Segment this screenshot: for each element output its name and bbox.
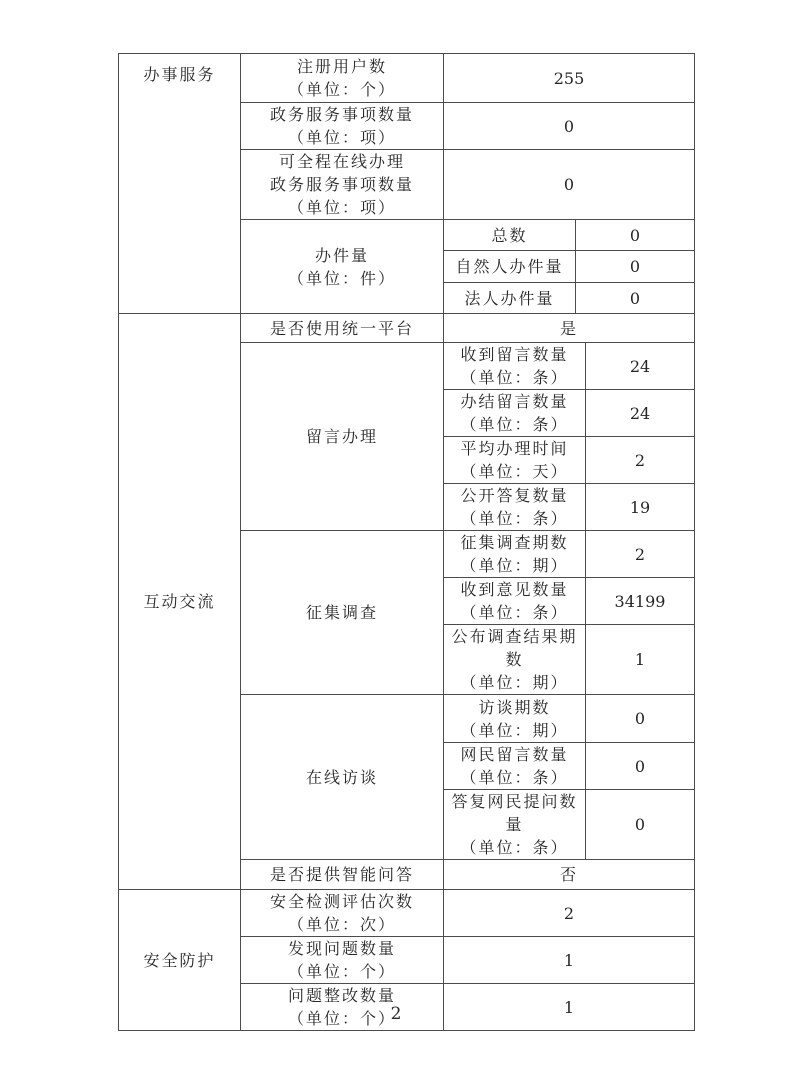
- metric-label-cell: 可全程在线办理 政务服务事项数量 （单位：项）: [241, 150, 444, 220]
- submetric-label: 公开答复数量: [446, 484, 583, 507]
- submetric-label: 办结留言数量: [446, 390, 583, 413]
- submetric-value: 24: [586, 343, 695, 390]
- metric-value: 否: [444, 860, 695, 890]
- subgroup-label: 办件量: [243, 244, 441, 267]
- submetric-value: 0: [586, 790, 695, 860]
- submetric-label-cell: 访谈期数 （单位：期）: [444, 695, 586, 743]
- submetric-label: 网民留言数量: [446, 743, 583, 766]
- subgroup-label-zhengjidiaocha: 征集调查: [241, 531, 444, 695]
- submetric-label-cell: 公开答复数量 （单位：条）: [444, 484, 586, 531]
- metric-unit: （单位：次）: [243, 913, 441, 936]
- metric-label: 发现问题数量: [243, 937, 441, 960]
- metric-value: 2: [444, 890, 695, 937]
- submetric-unit: （单位：期）: [446, 671, 583, 694]
- submetric-label-cell: 征集调查期数 （单位：期）: [444, 531, 586, 578]
- subgroup-unit: （单位：件）: [243, 267, 441, 290]
- submetric-label: 总数: [444, 220, 576, 251]
- metric-label: 可全程在线办理: [243, 150, 441, 173]
- submetric-value: 2: [586, 437, 695, 484]
- subgroup-label-liuyanbanli: 留言办理: [241, 343, 444, 531]
- category-cell-banshifuwu: 办事服务: [119, 54, 241, 314]
- submetric-unit: （单位：条）: [446, 601, 583, 624]
- submetric-label: 自然人办件量: [444, 251, 576, 283]
- submetric-label: 访谈期数: [446, 696, 583, 719]
- metric-value: 0: [444, 103, 695, 150]
- metric-label: 政务服务事项数量: [243, 103, 441, 126]
- metric-unit: （单位：项）: [243, 196, 441, 219]
- submetric-label-cell: 收到意见数量 （单位：条）: [444, 578, 586, 625]
- report-table: 办事服务 注册用户数 （单位：个） 255 政务服务事项数量 （单位：项） 0 …: [118, 53, 695, 1031]
- metric-label: 安全检测评估次数: [243, 890, 441, 913]
- submetric-unit: （单位：条）: [446, 766, 583, 789]
- submetric-unit: （单位：期）: [446, 719, 583, 742]
- submetric-label: 平均办理时间: [446, 437, 583, 460]
- metric-label-cell: 注册用户数 （单位：个）: [241, 54, 444, 103]
- submetric-value: 2: [586, 531, 695, 578]
- metric-value: 0: [444, 150, 695, 220]
- submetric-value: 0: [576, 220, 695, 251]
- metric-label-cell: 发现问题数量 （单位：个）: [241, 937, 444, 984]
- submetric-value: 24: [586, 390, 695, 437]
- category-cell-hudongjiaoliu: 互动交流: [119, 314, 241, 890]
- subgroup-label-cell: 办件量 （单位：件）: [241, 220, 444, 314]
- metric-label: 是否使用统一平台: [241, 314, 444, 343]
- submetric-value: 0: [576, 283, 695, 314]
- submetric-label-cell: 平均办理时间 （单位：天）: [444, 437, 586, 484]
- submetric-label: 法人办件量: [444, 283, 576, 314]
- submetric-label-cell: 网民留言数量 （单位：条）: [444, 743, 586, 790]
- submetric-unit: （单位：天）: [446, 460, 583, 483]
- submetric-unit: （单位：条）: [446, 366, 583, 389]
- submetric-value: 0: [586, 743, 695, 790]
- submetric-value: 1: [586, 625, 695, 695]
- submetric-label: 答复网民提问数量: [446, 790, 583, 836]
- submetric-unit: （单位：条）: [446, 413, 583, 436]
- submetric-label-cell: 办结留言数量 （单位：条）: [444, 390, 586, 437]
- submetric-label: 收到留言数量: [446, 343, 583, 366]
- submetric-unit: （单位：条）: [446, 836, 583, 859]
- submetric-label: 收到意见数量: [446, 578, 583, 601]
- submetric-label-cell: 答复网民提问数量 （单位：条）: [444, 790, 586, 860]
- metric-value: 1: [444, 937, 695, 984]
- metric-label-cell: 政务服务事项数量 （单位：项）: [241, 103, 444, 150]
- metric-label: 是否提供智能问答: [241, 860, 444, 890]
- metric-unit: （单位：个）: [243, 78, 441, 101]
- metric-label: 注册用户数: [243, 55, 441, 78]
- metric-value: 是: [444, 314, 695, 343]
- submetric-label: 征集调查期数: [446, 531, 583, 554]
- submetric-unit: （单位：期）: [446, 554, 583, 577]
- submetric-unit: （单位：条）: [446, 507, 583, 530]
- page-number: 2: [0, 1004, 792, 1024]
- submetric-value: 0: [586, 695, 695, 743]
- metric-label-line2: 政务服务事项数量: [243, 173, 441, 196]
- metric-label-cell: 安全检测评估次数 （单位：次）: [241, 890, 444, 937]
- metric-value: 255: [444, 54, 695, 103]
- submetric-label-cell: 收到留言数量 （单位：条）: [444, 343, 586, 390]
- metric-unit: （单位：项）: [243, 126, 441, 149]
- submetric-label-cell: 公布调查结果期数 （单位：期）: [444, 625, 586, 695]
- submetric-value: 19: [586, 484, 695, 531]
- submetric-value: 0: [576, 251, 695, 283]
- submetric-label: 公布调查结果期数: [446, 625, 583, 671]
- metric-unit: （单位：个）: [243, 960, 441, 983]
- submetric-value: 34199: [586, 578, 695, 625]
- subgroup-label-zaixianfangtan: 在线访谈: [241, 695, 444, 860]
